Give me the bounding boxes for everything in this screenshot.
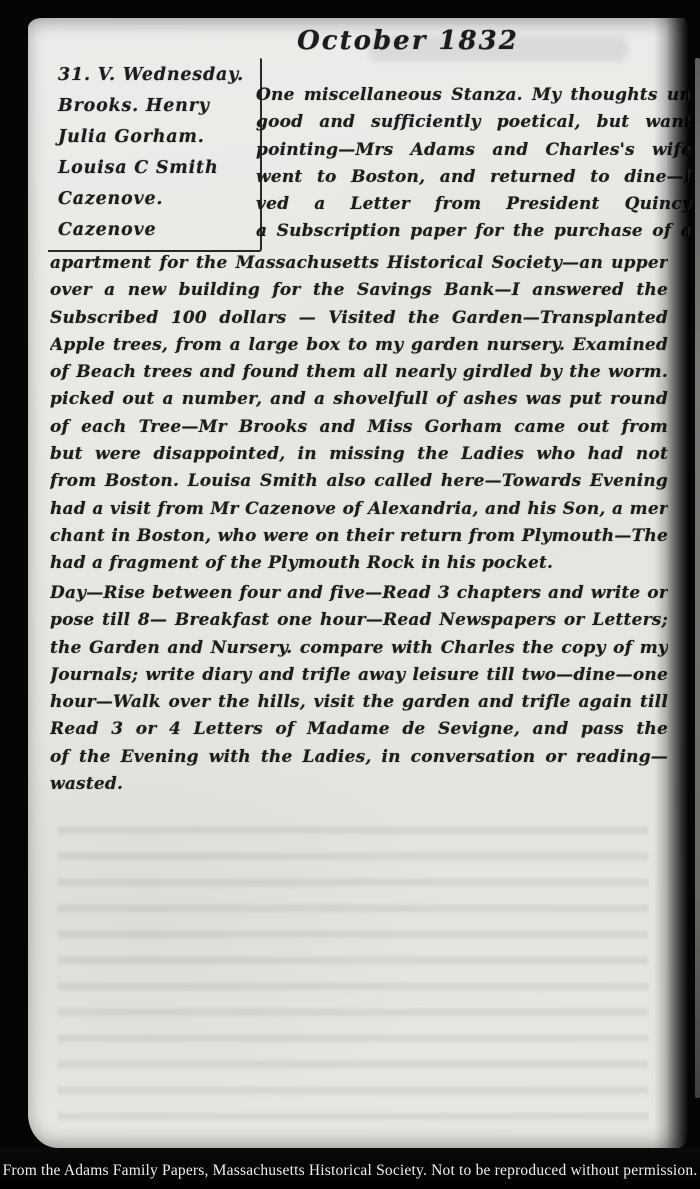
manuscript-line: Subscribed 100 dollars — Visited the Gar… (50, 305, 668, 332)
manuscript-line: of Beach trees and found them all nearly… (50, 359, 668, 386)
manuscript-line: chant in Boston, who were on their retur… (50, 523, 668, 550)
datebox-line-name: Cazenove (58, 215, 260, 246)
manuscript-page: October 1832 31. V. Wednesday. Brooks. H… (28, 18, 688, 1148)
manuscript-line: good and sufficiently poetical, but want (256, 109, 692, 136)
manuscript-line: of each Tree—Mr Brooks and Miss Gorham c… (50, 414, 668, 441)
manuscript-line: of the Evening with the Ladies, in conve… (50, 744, 668, 771)
adjacent-page-edge (695, 58, 700, 1098)
archive-credit-caption: From the Adams Family Papers, Massachuse… (0, 1162, 700, 1180)
manuscript-line: pose till 8— Breakfast one hour—Read New… (50, 607, 668, 634)
datebox-line-name: Brooks. Henry (58, 91, 260, 122)
manuscript-line: Apple trees, from a large box to my gard… (50, 332, 668, 359)
datebox-line-name: Cazenove. (58, 184, 260, 215)
manuscript-line: apartment for the Massachusetts Historic… (50, 250, 668, 277)
manuscript-line: pointing—Mrs Adams and Charles's wife (256, 137, 692, 164)
date-and-names-box: 31. V. Wednesday. Brooks. Henry Julia Go… (48, 58, 262, 252)
manuscript-line: One miscellaneous Stanza. My thoughts un (256, 82, 692, 109)
manuscript-line: went to Boston, and returned to dine—I r… (256, 164, 692, 191)
caption-bar: From the Adams Family Papers, Massachuse… (0, 1148, 700, 1189)
manuscript-line: but were disappointed, in missing the La… (50, 441, 668, 468)
diary-entry-beside-box: One miscellaneous Stanza. My thoughts un… (256, 82, 692, 246)
manuscript-line: hour—Walk over the hills, visit the gard… (50, 689, 668, 716)
manuscript-line: had a fragment of the Plymouth Rock in h… (50, 550, 668, 577)
manuscript-line: ved a Letter from President Quincy enclo… (256, 191, 692, 218)
scanned-manuscript-photo: October 1832 31. V. Wednesday. Brooks. H… (0, 0, 700, 1189)
manuscript-line: the Garden and Nursery. compare with Cha… (50, 635, 668, 662)
manuscript-line: from Boston. Louisa Smith also called he… (50, 468, 668, 495)
manuscript-line: over a new building for the Savings Bank… (50, 277, 668, 304)
binding-gutter-shadow (654, 18, 688, 1148)
manuscript-line: wasted. (50, 771, 668, 798)
manuscript-line: Journals; write diary and trifle away le… (50, 662, 668, 689)
manuscript-line: Day—Rise between four and five—Read 3 ch… (50, 580, 668, 607)
daily-routine-entry: Day—Rise between four and five—Read 3 ch… (50, 580, 668, 798)
diary-entry-full-width: apartment for the Massachusetts Historic… (50, 250, 668, 578)
page-heading-month-year: October 1832 (258, 26, 558, 56)
datebox-line-name: Louisa C Smith (58, 153, 260, 184)
manuscript-line: a Subscription paper for the purchase of… (256, 218, 692, 245)
manuscript-line: Read 3 or 4 Letters of Madame de Sevigne… (50, 716, 668, 743)
manuscript-line: picked out a number, and a shovelfull of… (50, 386, 668, 413)
datebox-line-name: Julia Gorham. (58, 122, 260, 153)
datebox-line-date: 31. V. Wednesday. (58, 60, 260, 91)
manuscript-line: had a visit from Mr Cazenove of Alexandr… (50, 496, 668, 523)
bleed-through-ghost-text (58, 810, 648, 1140)
